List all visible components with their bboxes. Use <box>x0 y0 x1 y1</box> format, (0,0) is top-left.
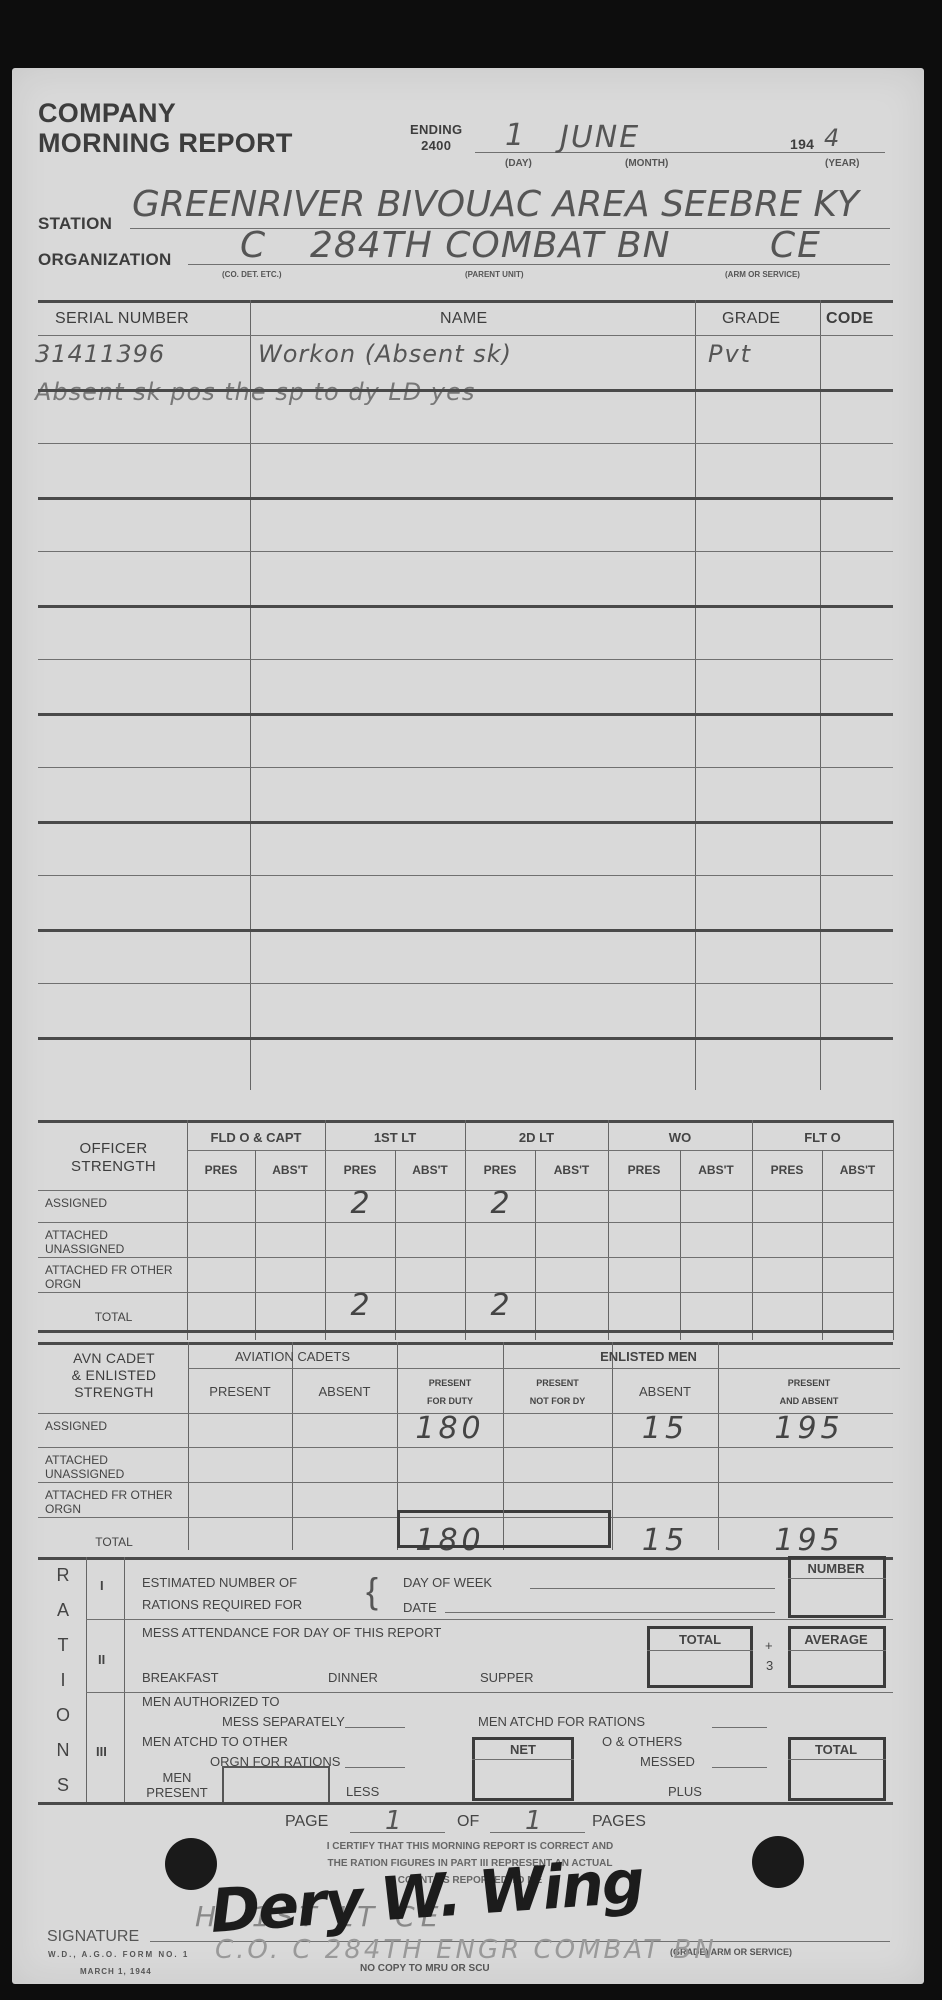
enlisted-men-header: ENLISTED MEN <box>397 1349 900 1364</box>
ending-word: ENDING <box>410 122 462 138</box>
officer-subheader: ABS'T <box>395 1163 465 1178</box>
officer-cell[interactable]: 2 <box>465 1288 535 1323</box>
men-present-1: MEN <box>132 1770 222 1785</box>
roster-divider-grade <box>820 300 821 1090</box>
men-present-box[interactable] <box>222 1766 330 1802</box>
number-box-rule <box>788 1578 886 1579</box>
officer-subcol-divider <box>822 1150 823 1340</box>
roster-rule <box>38 335 893 336</box>
rations-letter: I <box>40 1673 86 1688</box>
officer-bottom-rule <box>38 1330 893 1333</box>
day-of-week-line <box>530 1588 775 1589</box>
supper-label: SUPPER <box>480 1670 533 1685</box>
average-box-rule <box>788 1650 886 1651</box>
roster-divider-name <box>695 300 696 1090</box>
rations-total-rule <box>788 1759 886 1760</box>
rations-bottom-rule <box>38 1802 893 1805</box>
year-prefix: 194 <box>790 136 814 152</box>
enlisted-strength-title: AVN CADET & ENLISTED STRENGTH <box>40 1350 188 1401</box>
officer-group-header: FLD O & CAPT <box>187 1130 325 1145</box>
o-others-1: O & OTHERS <box>602 1734 682 1749</box>
enlisted-cell[interactable]: 15 <box>612 1523 718 1558</box>
officer-subheader: PRES <box>752 1163 822 1178</box>
month-caption: (MONTH) <box>625 158 668 169</box>
enlisted-cell[interactable]: 180 <box>397 1411 503 1446</box>
rations-part1-rule <box>86 1619 893 1620</box>
of-label: OF <box>457 1814 479 1829</box>
officer-title-1: OFFICER <box>40 1140 187 1158</box>
men-authorized-line <box>345 1727 405 1728</box>
officer-subcol-divider <box>255 1150 256 1340</box>
roster-rule <box>38 713 893 716</box>
enlisted-subheader: ABSENT <box>292 1384 397 1399</box>
title-line-2: MORNING REPORT <box>38 128 293 158</box>
officer-row-rule <box>38 1222 893 1223</box>
form-number: W.D., A.G.O. FORM NO. 1 <box>48 1950 189 1959</box>
men-authorized-2: MESS SEPARATELY <box>222 1714 345 1729</box>
part1-text-1: ESTIMATED NUMBER OF <box>142 1575 297 1590</box>
rations-divider-2 <box>124 1557 125 1802</box>
divide-plus: + <box>765 1638 773 1653</box>
officer-row-rule <box>38 1257 893 1258</box>
officer-row-label: ASSIGNED <box>45 1196 185 1210</box>
o-others-line <box>712 1767 767 1768</box>
org-arm: CE <box>770 225 822 266</box>
roster-rule <box>38 389 893 392</box>
signature-label: SIGNATURE <box>47 1929 139 1944</box>
officer-subcol-divider <box>395 1150 396 1340</box>
roster-rule <box>38 659 893 660</box>
men-present-2: PRESENT <box>132 1785 222 1800</box>
roster-name-1: Workon (Absent sk) <box>258 340 512 368</box>
mess-total-rule <box>647 1650 753 1651</box>
enlisted-row-rule <box>38 1482 893 1483</box>
net-box-label: NET <box>475 1742 571 1757</box>
pages-label: PAGES <box>592 1814 646 1829</box>
roster-serial-1: 31411396 <box>35 340 165 368</box>
roster-rule <box>38 929 893 932</box>
rations-letter: R <box>40 1568 86 1583</box>
officer-subcol-divider <box>680 1150 681 1340</box>
mess-total-label: TOTAL <box>650 1632 750 1647</box>
org-parent-unit: 284TH COMBAT BN <box>310 225 671 266</box>
page-num: 1 <box>385 1806 404 1836</box>
men-atchd-other-line <box>345 1767 405 1768</box>
part3-numeral: III <box>96 1744 107 1759</box>
enlisted-subheader: NOT FOR DY <box>503 1394 612 1409</box>
less-label: LESS <box>346 1784 379 1799</box>
rations-divider-1 <box>86 1557 87 1802</box>
part1-numeral: I <box>100 1578 104 1593</box>
roster-rule <box>38 443 893 444</box>
enlisted-subheader: PRESENT <box>718 1376 900 1391</box>
roster-top-rule <box>38 300 893 303</box>
roster-rule <box>38 983 893 984</box>
officer-group-header: FLT O <box>752 1130 893 1145</box>
enlisted-subheader: ABSENT <box>612 1384 718 1399</box>
brace-icon: { <box>366 1570 378 1612</box>
page-total: 1 <box>525 1806 544 1836</box>
rations-letter: N <box>40 1743 86 1758</box>
men-atchd-other-1: MEN ATCHD TO OTHER <box>142 1734 288 1749</box>
officer-subheader: ABS'T <box>822 1163 893 1178</box>
station-value: GREENRIVER BIVOUAC AREA SEEBRE KY <box>132 184 859 225</box>
officer-subcol-divider <box>535 1150 536 1340</box>
roster-rule <box>38 821 893 824</box>
officer-subheader: PRES <box>187 1163 255 1178</box>
men-authorized-1: MEN AUTHORIZED TO <box>142 1694 279 1709</box>
year-caption: (YEAR) <box>825 158 859 169</box>
enlisted-col-divider <box>188 1342 189 1550</box>
enlisted-cell[interactable]: 195 <box>718 1411 900 1446</box>
org-parent-caption: (PARENT UNIT) <box>465 270 524 279</box>
year-suffix: 4 <box>824 124 841 152</box>
org-company: C <box>240 225 267 266</box>
officer-title-2: STRENGTH <box>40 1158 187 1176</box>
enlisted-top-rule <box>38 1342 893 1345</box>
form-date: MARCH 1, 1944 <box>80 1967 152 1976</box>
rations-part2-rule <box>86 1692 893 1693</box>
grade-header: GRADE <box>722 310 780 328</box>
rations-letter: S <box>40 1778 86 1793</box>
aviation-cadets-header: AVIATION CADETS <box>188 1349 397 1364</box>
officer-subheader: PRES <box>465 1163 535 1178</box>
enlisted-subheader: PRESENT <box>188 1384 292 1399</box>
enlisted-row-label: ATTACHED UNASSIGNED <box>45 1453 185 1481</box>
officer-subheader: PRES <box>608 1163 680 1178</box>
breakfast-label: BREAKFAST <box>142 1670 219 1685</box>
officer-subheader: ABS'T <box>255 1163 325 1178</box>
enlisted-cell[interactable]: 15 <box>612 1411 718 1446</box>
serial-number-header: SERIAL NUMBER <box>55 310 189 328</box>
men-atchd-rations-line <box>712 1727 767 1728</box>
enlisted-subheader: FOR DUTY <box>397 1394 503 1409</box>
enlisted-total-box-divider <box>503 1510 504 1545</box>
plus-label: PLUS <box>668 1784 702 1799</box>
rations-total-label: TOTAL <box>790 1742 882 1757</box>
enlisted-subheader: AND ABSENT <box>718 1394 900 1409</box>
number-box-label: NUMBER <box>790 1561 882 1576</box>
title-line-1: COMPANY <box>38 98 293 128</box>
officer-row-label: ATTACHED FR OTHER ORGN <box>45 1263 185 1291</box>
roster-rule <box>38 1037 893 1040</box>
roster-rule <box>38 551 893 552</box>
day-of-week-label: DAY OF WEEK <box>403 1575 492 1590</box>
roster-rule <box>38 875 893 876</box>
enlisted-col-divider <box>612 1342 613 1550</box>
officer-cell[interactable]: 2 <box>325 1186 395 1221</box>
mess-attendance-text: MESS ATTENDANCE FOR DAY OF THIS REPORT <box>142 1625 441 1640</box>
date-line <box>475 152 885 153</box>
officer-strength-title: OFFICER STRENGTH <box>40 1140 187 1176</box>
officer-subheader: ABS'T <box>535 1163 608 1178</box>
page-label: PAGE <box>285 1814 328 1829</box>
dinner-label: DINNER <box>328 1670 378 1685</box>
officer-col-divider <box>752 1120 753 1340</box>
roster-remark-1: Absent sk pos the sp to dy LD yes <box>35 378 475 406</box>
enlisted-total-box <box>397 1510 611 1548</box>
roster-grade-1: Pvt <box>708 340 752 368</box>
average-box-label: AVERAGE <box>790 1632 882 1647</box>
day-caption: (DAY) <box>505 158 532 169</box>
name-header: NAME <box>440 310 487 328</box>
binder-hole-right <box>752 1836 804 1888</box>
enlisted-title-2: & ENLISTED <box>40 1367 188 1384</box>
enlisted-row-label: ASSIGNED <box>45 1419 185 1433</box>
roster-rule <box>38 605 893 608</box>
ending-time: 2400 <box>410 138 462 154</box>
date-label: DATE <box>403 1600 437 1615</box>
day-value: 1 <box>505 118 526 153</box>
officer-row-label: ATTACHED UNASSIGNED <box>45 1228 185 1256</box>
officer-col-divider <box>893 1120 894 1340</box>
roster-divider-serial <box>250 300 251 1090</box>
officer-cell[interactable]: 2 <box>325 1288 395 1323</box>
ending-label: ENDING 2400 <box>410 122 462 154</box>
enlisted-title-1: AVN CADET <box>40 1350 188 1367</box>
officer-group-header: 2D LT <box>465 1130 608 1145</box>
enlisted-subheader: PRESENT <box>397 1376 503 1391</box>
code-header: CODE <box>826 310 873 328</box>
copy-note: NO COPY TO MRU OR SCU <box>360 1963 490 1974</box>
rations-letter: O <box>40 1708 86 1723</box>
station-label: STATION <box>38 214 112 234</box>
men-present-label: MEN PRESENT <box>132 1770 222 1800</box>
enlisted-subheader: PRESENT <box>503 1376 612 1391</box>
roster-rule <box>38 767 893 768</box>
officer-col-divider <box>187 1120 188 1340</box>
enlisted-group-rule <box>188 1368 900 1369</box>
org-arm-caption: (ARM OR SERVICE) <box>725 270 800 279</box>
month-value: JUNE <box>560 120 640 155</box>
officer-group-header: WO <box>608 1130 752 1145</box>
enlisted-col-divider <box>718 1342 719 1550</box>
o-others-2: MESSED <box>640 1754 695 1769</box>
enlisted-title-3: STRENGTH <box>40 1384 188 1401</box>
officer-group-header: 1ST LT <box>325 1130 465 1145</box>
officer-subheader: ABS'T <box>680 1163 752 1178</box>
enlisted-row-label: TOTAL <box>40 1535 188 1549</box>
officer-col-divider <box>608 1120 609 1340</box>
divide-three: 3 <box>766 1658 773 1673</box>
typed-unit: C.O. C 284TH ENGR COMBAT BN <box>215 1935 717 1965</box>
enlisted-col-divider <box>292 1342 293 1550</box>
form-title: COMPANY MORNING REPORT <box>38 98 293 158</box>
men-atchd-rations-label: MEN ATCHD FOR RATIONS <box>478 1714 645 1729</box>
enlisted-cell[interactable]: 195 <box>718 1523 900 1558</box>
org-company-caption: (CO. DET. ETC.) <box>222 270 282 279</box>
officer-row-label: TOTAL <box>40 1310 187 1324</box>
enlisted-row-rule <box>38 1447 893 1448</box>
part2-numeral: II <box>98 1652 105 1667</box>
roster-rule <box>38 497 893 500</box>
officer-group-rule <box>187 1150 893 1151</box>
enlisted-row-label: ATTACHED FR OTHER ORGN <box>45 1488 185 1516</box>
organization-label: ORGANIZATION <box>38 250 172 270</box>
rations-letter: T <box>40 1638 86 1653</box>
rations-letter: A <box>40 1603 86 1618</box>
date-line <box>445 1612 775 1613</box>
part1-text-2: RATIONS REQUIRED FOR <box>142 1597 302 1612</box>
officer-cell[interactable]: 2 <box>465 1186 535 1221</box>
officer-subheader: PRES <box>325 1163 395 1178</box>
net-box-rule <box>472 1759 574 1760</box>
